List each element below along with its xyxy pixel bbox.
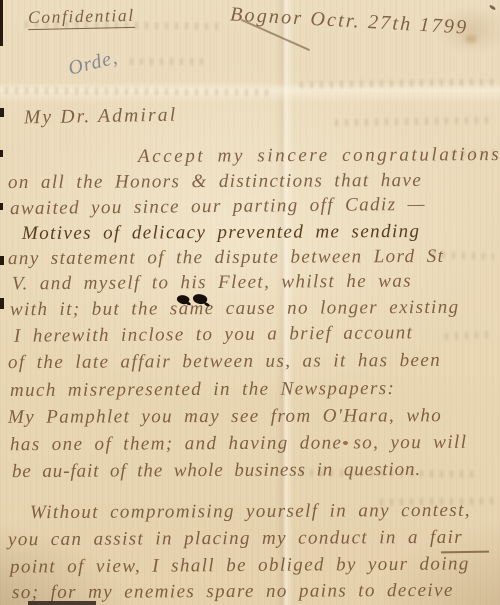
showthrough-mark bbox=[130, 58, 205, 65]
edge-mark bbox=[0, 203, 3, 210]
edge-mark bbox=[0, 298, 4, 309]
salutation: My Dr. Admiral bbox=[24, 105, 178, 130]
showthrough-mark bbox=[335, 117, 490, 127]
letter-line: awaited you since our parting off Cadiz … bbox=[10, 194, 426, 220]
edge-mark bbox=[0, 108, 4, 117]
showthrough-mark bbox=[445, 331, 495, 340]
letter-line: has one of them; and having done so, you… bbox=[10, 432, 467, 456]
edge-mark bbox=[0, 150, 3, 157]
showthrough-mark bbox=[300, 79, 495, 89]
letter-line: Without compromising yourself in any con… bbox=[30, 500, 471, 524]
pencil-note: Orde, bbox=[66, 46, 120, 81]
letter-line: of the late affair between us, as it has… bbox=[8, 350, 441, 374]
paper-speck bbox=[343, 441, 348, 445]
letter-page: Confidential Bognor Octr. 27th 1799 Orde… bbox=[0, 0, 500, 605]
letter-line: any statement of the dispute between Lor… bbox=[8, 246, 444, 270]
paper-stain bbox=[465, 35, 477, 43]
letter-line: Motives of delicacy prevented me sending bbox=[22, 221, 421, 245]
letter-line: I herewith inclose to you a brief accoun… bbox=[14, 322, 414, 347]
letter-line: V. and myself to his Fleet, whilst he wa… bbox=[12, 271, 412, 296]
letter-line: point of view, I shall be obliged by you… bbox=[10, 553, 470, 578]
dateline: Bognor Octr. 27th 1799 bbox=[230, 3, 469, 39]
letter-line: My Pamphlet you may see from O'Hara, who bbox=[8, 405, 442, 429]
edge-mark bbox=[0, 256, 4, 265]
edge-mark bbox=[0, 0, 3, 46]
letter-line: be au-fait of the whole business in ques… bbox=[12, 459, 421, 483]
letter-line: you can assist in placing my conduct in … bbox=[8, 527, 463, 551]
letter-line: Accept my sincere congratulations bbox=[138, 144, 500, 168]
letter-line: much misrepresented in the Newspapers: bbox=[10, 378, 395, 402]
confidential-annotation: Confidential bbox=[28, 5, 135, 30]
letter-line: on all the Honors & distinctions that ha… bbox=[8, 170, 422, 194]
letter-line: with it; but the same cause no longer ex… bbox=[10, 297, 460, 321]
paper-speck bbox=[489, 4, 496, 10]
edge-mark bbox=[28, 601, 96, 605]
showthrough-mark bbox=[5, 87, 270, 96]
